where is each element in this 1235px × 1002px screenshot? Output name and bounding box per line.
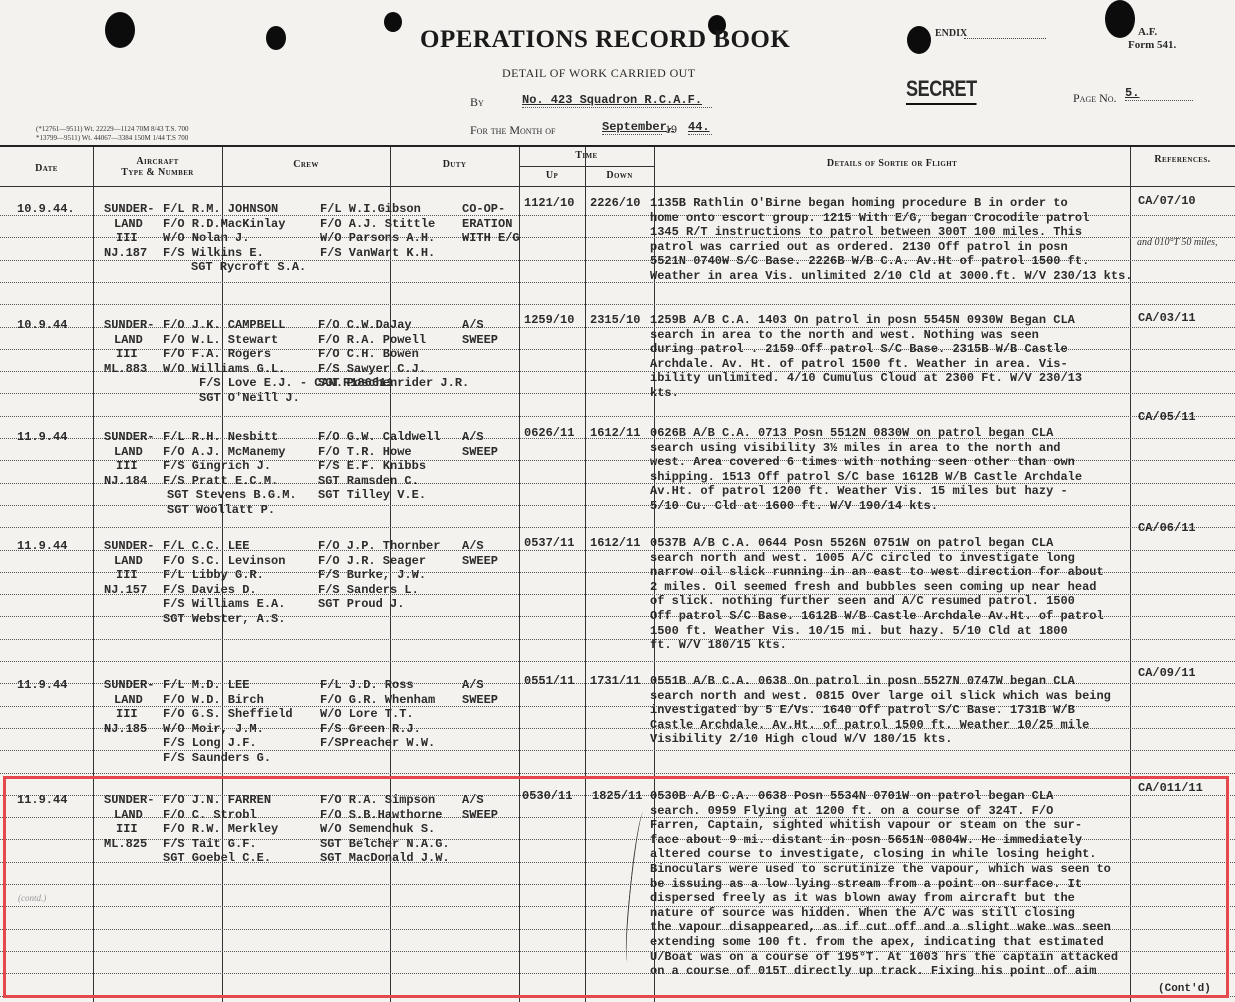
page-title: OPERATIONS RECORD BOOK xyxy=(420,26,790,54)
aircraft-cell: SUNDER-LANDIIIML.883 xyxy=(104,318,154,376)
time-down-cell: 1825/11 xyxy=(592,789,642,804)
classification-stamp: SECRET xyxy=(906,76,977,105)
page-number-label: Page No. xyxy=(1073,91,1117,106)
column-divider xyxy=(519,147,520,1002)
ruling-line xyxy=(0,661,1235,662)
crew-left-cell: F/L C.C. LEEF/O S.C. LevinsonF/L Libby G… xyxy=(163,539,285,627)
year-prefix: 19 xyxy=(665,122,677,137)
duty-cell: A/SSWEEP xyxy=(462,793,498,822)
aircraft-cell: SUNDER-LANDIIINJ.187 xyxy=(104,202,154,260)
reference-cell: CA/06/11 xyxy=(1138,521,1196,536)
print-code-line-2: *13799—9511) Wt. 44067—3384 150M 1/44 T.… xyxy=(36,134,189,143)
appendix-label: ENDIX xyxy=(935,28,967,39)
continued-marker: (Cont'd) xyxy=(1158,983,1211,995)
column-header-date: Date xyxy=(0,163,93,174)
header-bottom-rule xyxy=(0,186,1235,187)
time-up-cell: 1121/10 xyxy=(524,196,574,211)
month-field: September, xyxy=(602,120,662,135)
duty-cell: A/SSWEEP xyxy=(462,678,498,707)
margin-note: (contd.) xyxy=(18,893,46,903)
crew-right-cell: F/L J.D. RossF/O G.R. WhenhamW/O Lore T.… xyxy=(320,678,435,751)
crew-left-cell: F/L M.D. LEEF/O W.D. BirchF/O G.S. Sheff… xyxy=(163,678,293,766)
reference-cell: CA/03/11 xyxy=(1138,311,1196,326)
binder-hole-1 xyxy=(105,12,135,48)
column-divider xyxy=(585,147,586,1002)
column-header-crew: Crew xyxy=(222,159,390,170)
column-header-aircraft-line-2: Type & Number xyxy=(93,167,222,178)
page-number-field: 5. xyxy=(1125,86,1193,101)
date-cell: 11.9.44 xyxy=(17,678,67,693)
reference-cell: CA/09/11 xyxy=(1138,666,1196,681)
binder-hole-3 xyxy=(384,12,402,32)
page-subtitle: DETAIL OF WORK CARRIED OUT xyxy=(502,66,695,81)
reference-cell: CA/011/11 xyxy=(1138,781,1203,796)
time-down-cell: 1612/11 xyxy=(590,426,640,441)
appendix-field xyxy=(964,38,1046,39)
by-label: By xyxy=(470,95,484,110)
column-header-references: References. xyxy=(1130,154,1235,165)
crew-right-cell: F/O C.W.DaJayF/O R.A. PowellF/O C.H. Bow… xyxy=(318,318,469,391)
details-cell: 0626B A/B C.A. 0713 Posn 5512N 0830W on … xyxy=(650,426,1135,514)
print-code-line-1: (*12761—9511) Wt. 22229—1124 70M 8/43 T.… xyxy=(36,125,189,134)
aircraft-cell: SUNDER-LANDIIINJ.184 xyxy=(104,430,154,488)
details-cell: 0537B A/B C.A. 0644 Posn 5526N 0751W on … xyxy=(650,536,1135,653)
details-cell: 0530B A/B C.A. 0638 Posn 5534N 0701W on … xyxy=(650,789,1135,979)
time-down-cell: 1731/11 xyxy=(590,674,640,689)
details-cell: 1135B Rathlin O'Birne began homing proce… xyxy=(650,196,1135,284)
date-cell: 11.9.44 xyxy=(17,793,67,808)
duty-cell: CO-OP-ERATIONWITH E/G xyxy=(462,202,520,246)
crew-left-cell: F/O J.N. FARRENF/O C. StroblF/O R.W. Mer… xyxy=(163,793,278,866)
ruling-line xyxy=(0,304,1235,305)
form-label-line-1: A.F. xyxy=(1128,26,1176,39)
duty-cell: A/SSWEEP xyxy=(462,318,498,347)
binder-hole-5 xyxy=(907,26,931,54)
column-header-up: Up xyxy=(519,170,585,181)
squadron-field: No. 423 Squadron R.C.A.F. xyxy=(522,93,712,108)
time-up-cell: 1259/10 xyxy=(524,313,574,328)
form-label-line-2: Form 541. xyxy=(1128,39,1176,52)
binder-hole-2 xyxy=(266,26,286,50)
crew-right-cell: F/L W.I.GibsonF/O A.J. StittleW/O Parson… xyxy=(320,202,435,260)
print-code: (*12761—9511) Wt. 22229—1124 70M 8/43 T.… xyxy=(36,125,189,143)
date-cell: 10.9.44 xyxy=(17,318,67,333)
time-up-cell: 0537/11 xyxy=(524,536,574,551)
duty-cell: A/SSWEEP xyxy=(462,539,498,568)
column-header-aircraft: Aircraft Type & Number xyxy=(93,156,222,178)
aircraft-cell: SUNDER-LANDIIINJ.185 xyxy=(104,678,154,736)
year-field: 44. xyxy=(688,120,712,135)
crew-left-cell: F/L R.M. JOHNSONF/O R.D.MacKinlayW/O Nol… xyxy=(163,202,306,275)
form-number: A.F. Form 541. xyxy=(1128,26,1176,52)
column-header-down: Down xyxy=(585,170,654,181)
time-subheader-rule xyxy=(519,166,654,167)
duty-cell: A/SSWEEP xyxy=(462,430,498,459)
column-divider xyxy=(93,147,94,1002)
details-cell: 1259B A/B C.A. 1403 On patrol in posn 55… xyxy=(650,313,1135,401)
ruling-line xyxy=(0,527,1235,528)
date-cell: 11.9.44 xyxy=(17,539,67,554)
handwritten-note: and 010°T 50 miles, xyxy=(1137,237,1235,248)
crew-left-cell: F/L R.H. NesbittF/O A.J. McManemyF/S Gin… xyxy=(163,430,297,518)
details-cell: 0551B A/B C.A. 0638 On patrol in posn 55… xyxy=(650,674,1135,747)
ruling-line xyxy=(0,416,1235,417)
column-header-duty: Duty xyxy=(390,159,519,170)
reference-cell: CA/05/11 xyxy=(1138,410,1196,425)
date-cell: 11.9.44 xyxy=(17,430,67,445)
column-header-time: Time xyxy=(519,150,654,161)
crew-right-cell: F/O G.W. CaldwellF/O T.R. HoweF/S E.F. K… xyxy=(318,430,440,503)
date-cell: 10.9.44. xyxy=(17,202,75,217)
time-down-cell: 1612/11 xyxy=(590,536,640,551)
ruling-line xyxy=(0,996,1235,997)
ruling-line xyxy=(0,773,1235,774)
column-header-aircraft-line-1: Aircraft xyxy=(93,156,222,167)
time-down-cell: 2226/10 xyxy=(590,196,640,211)
reference-cell: CA/07/10 xyxy=(1138,194,1196,209)
month-label: For the Month of xyxy=(470,123,555,138)
time-up-cell: 0551/11 xyxy=(524,674,574,689)
column-header-details: Details of Sortie or Flight xyxy=(654,158,1130,169)
time-down-cell: 2315/10 xyxy=(590,313,640,328)
aircraft-cell: SUNDER-LANDIIIML.825 xyxy=(104,793,154,851)
crew-right-cell: F/O R.A. SimpsonF/O S.B.HawthorneW/O Sem… xyxy=(320,793,450,866)
crew-right-cell: F/O J.P. ThornberF/O J.R. SeagerF/S Burk… xyxy=(318,539,440,612)
aircraft-cell: SUNDER-LANDIIINJ.157 xyxy=(104,539,154,597)
time-up-cell: 0530/11 xyxy=(522,789,572,804)
time-up-cell: 0626/11 xyxy=(524,426,574,441)
